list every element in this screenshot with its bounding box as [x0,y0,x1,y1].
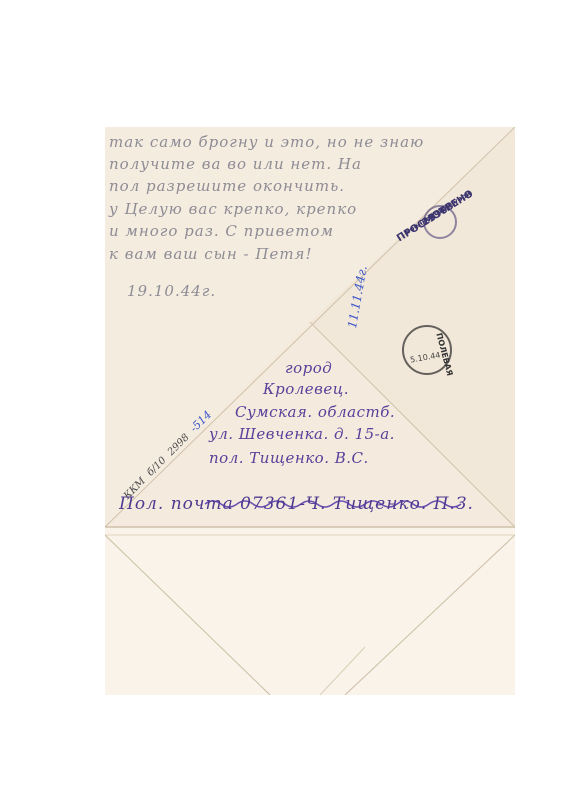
sender-line: Пол. почта 07361-Ч. Тищенко. П.З. [119,494,474,514]
letter-line-4: у Целую вас крепко, крепко [109,200,357,218]
address-line-1: город [285,359,332,377]
letter-line-5: и много раз. С приветом [109,222,334,240]
address-line-4: ул. Шевченка. д. 15-а. [209,425,395,443]
letter-line-6: к вам ваш сын - Петя! [109,245,313,263]
address-line-5: пол. Тищенко. В.С. [209,449,369,467]
letter-line-2: получите ва во или нет. На [109,155,362,173]
letter-envelope: так само брогну и это, но не знаю получи… [105,127,515,695]
address-line-2: Кролевец. [263,380,349,398]
letter-line-3: пол разрешите окончить. [109,177,345,195]
letter-date: 19.10.44г. [127,282,216,300]
letter-line-1: так само брогну и это, но не знаю [109,133,424,151]
address-line-3: Сумская. областб. [235,403,395,421]
